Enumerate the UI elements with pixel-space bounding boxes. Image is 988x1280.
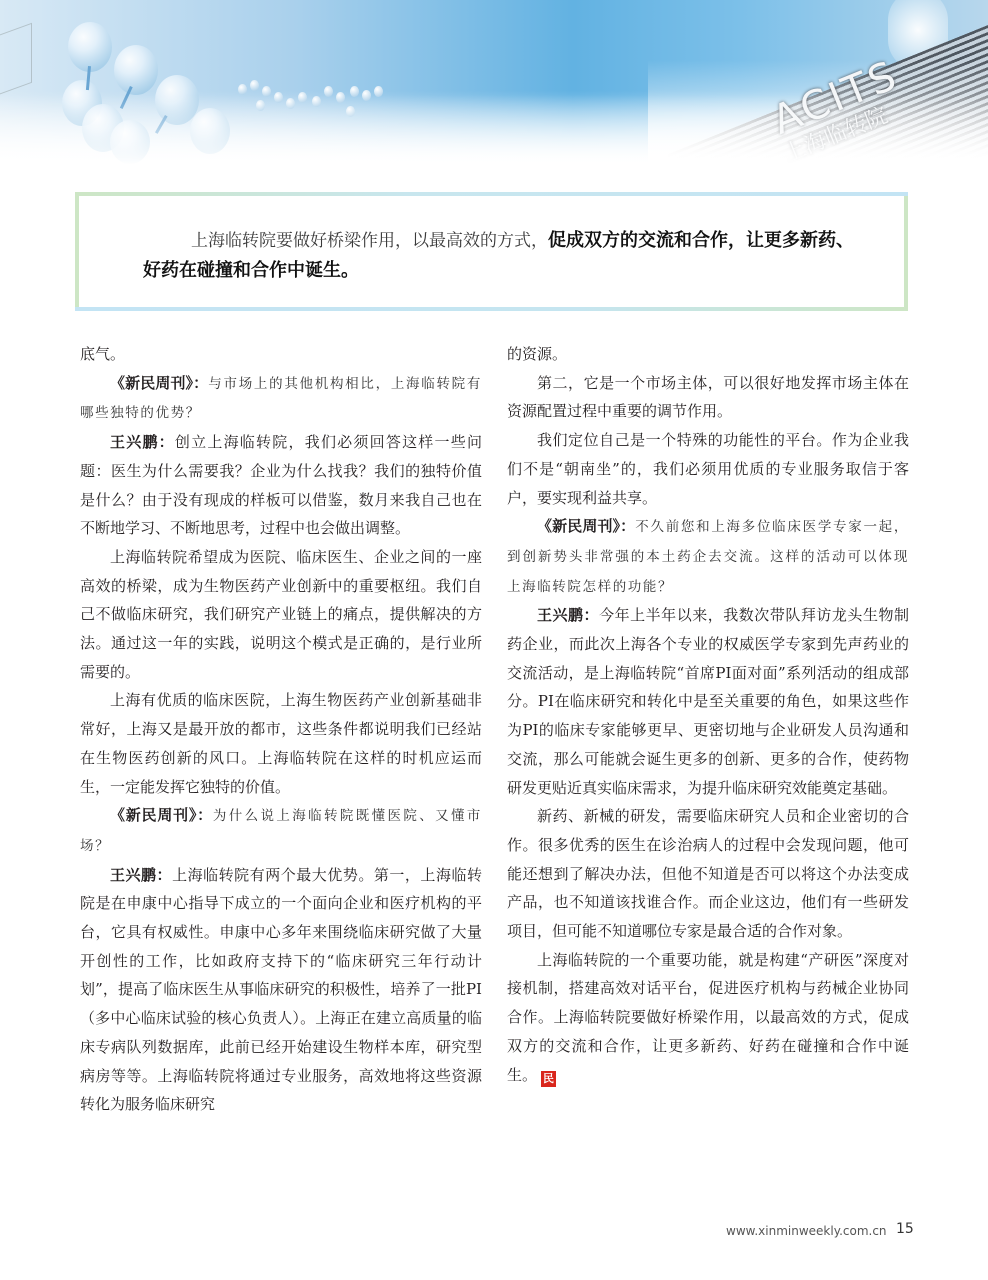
paragraph-final: 上海临转院的一个重要功能，就是构建“产研医”深度对接机制，搭建高效对话平台，促进… xyxy=(507,946,909,1090)
answer-speaker-label: 王兴鹏： xyxy=(110,433,175,451)
end-of-article-stamp-icon: 民 xyxy=(541,1071,556,1087)
interview-answer: 王兴鹏：创立上海临转院，我们必须回答这样一些问题：医生为什么需要我？企业为什么找… xyxy=(80,428,482,543)
molecule-sphere xyxy=(114,45,158,95)
molecule-outline-graphic xyxy=(0,23,32,98)
article-column-left: 底气。 《新民周刊》：与市场上的其他机构相比，上海临转院有哪些独特的优势？ 王兴… xyxy=(80,340,482,1119)
molecule-sphere xyxy=(68,22,112,72)
interview-answer: 王兴鹏：今年上半年以来，我数次带队拜访龙头生物制药企业，而此次上海各个专业的权威… xyxy=(507,601,909,802)
answer-speaker-label: 王兴鹏： xyxy=(537,606,599,624)
interview-question: 《新民周刊》：与市场上的其他机构相比，上海临转院有哪些独特的优势？ xyxy=(80,369,482,428)
answer-text: 上海临转院有两个最大优势。第一，上海临转院是在申康中心指导下成立的一个面向企业和… xyxy=(80,866,482,1114)
interview-question: 《新民周刊》：为什么说上海临转院既懂医院、又懂市场？ xyxy=(80,801,482,860)
question-speaker-label: 《新民周刊》： xyxy=(110,806,213,824)
pull-quote-box: 上海临转院要做好桥梁作用，以最高效的方式，促成双方的交流和合作，让更多新药、好药… xyxy=(75,192,908,311)
article-column-right: 的资源。 第二，它是一个市场主体，可以很好地发挥市场主体在资源配置过程中重要的调… xyxy=(507,340,909,1089)
paragraph: 第二，它是一个市场主体，可以很好地发挥市场主体在资源配置过程中重要的调节作用。 xyxy=(507,369,909,426)
paragraph: 底气。 xyxy=(80,340,482,369)
question-speaker-label: 《新民周刊》： xyxy=(537,517,635,535)
final-paragraph-text: 上海临转院的一个重要功能，就是构建“产研医”深度对接机制，搭建高效对话平台，促进… xyxy=(507,951,909,1084)
header-banner-image: ACITS 上海临转院 xyxy=(0,0,988,165)
answer-speaker-label: 王兴鹏： xyxy=(110,866,172,884)
paragraph: 我们定位自己是一个特殊的功能性的平台。作为企业我们不是“朝南坐”的，我们必须用优… xyxy=(507,426,909,512)
footer-url: www.xinminweekly.com.cn xyxy=(726,1224,887,1238)
page-number: 15 xyxy=(896,1221,914,1237)
paragraph: 的资源。 xyxy=(507,340,909,369)
paragraph: 新药、新械的研发，需要临床研究人员和企业密切的合作。很多优秀的医生在诊治病人的过… xyxy=(507,802,909,946)
answer-text: 今年上半年以来，我数次带队拜访龙头生物制药企业，而此次上海各个专业的权威医学专家… xyxy=(507,606,909,796)
interview-question: 《新民周刊》：不久前您和上海多位临床医学专家一起，到创新势头非常强的本土药企去交… xyxy=(507,512,909,601)
interview-answer: 王兴鹏：上海临转院有两个最大优势。第一，上海临转院是在申康中心指导下成立的一个面… xyxy=(80,861,482,1119)
question-speaker-label: 《新民周刊》： xyxy=(110,374,208,392)
pull-quote-light-text: 上海临转院要做好桥梁作用，以最高效的方式， xyxy=(191,231,548,251)
paragraph: 上海临转院希望成为医院、临床医生、企业之间的一座高效的桥梁，成为生物医药产业创新… xyxy=(80,543,482,687)
paragraph: 上海有优质的临床医院，上海生物医药产业创新基础非常好，上海又是最开放的都市，这些… xyxy=(80,686,482,801)
pull-quote-text: 上海临转院要做好桥梁作用，以最高效的方式，促成双方的交流和合作，让更多新药、好药… xyxy=(143,226,863,286)
